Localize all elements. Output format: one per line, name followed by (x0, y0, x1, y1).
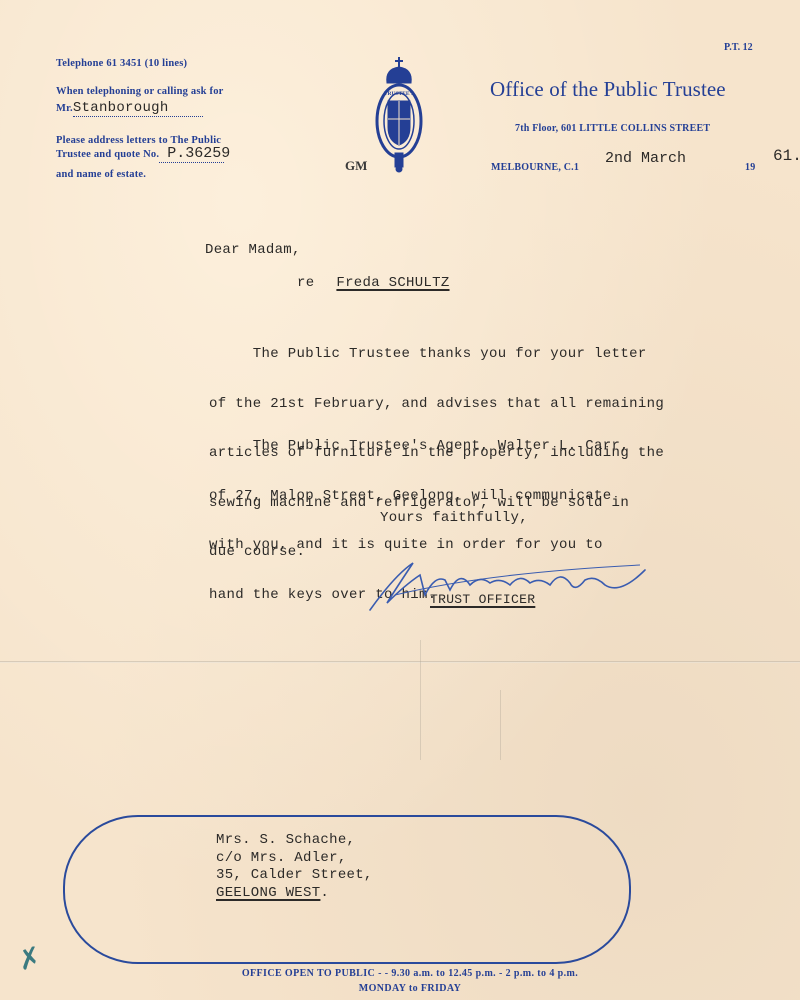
calling-instruction: When telephoning or calling ask for (56, 86, 224, 97)
paragraph-line: of 27, Malop Street, Geelong, will commu… (209, 488, 629, 505)
paragraph-line: The Public Trustee thanks you for your l… (209, 346, 664, 363)
estate-name: Freda SCHULTZ (336, 275, 449, 291)
recipient-city-suffix: . (320, 885, 329, 901)
crest-icon: TRUSTEE'S (373, 55, 425, 173)
re-label: re (297, 275, 314, 291)
date-day-month: 2nd March (605, 150, 686, 167)
quote-label: Trustee and quote No. (56, 149, 159, 160)
telephone-line: Telephone 61 3451 (10 lines) (56, 58, 187, 69)
signature-title: TRUST OFFICER (430, 592, 535, 607)
closing: Yours faithfully, (380, 510, 528, 526)
paper-crease (500, 690, 501, 760)
contact-name-field: Mr.Stanborough (56, 98, 203, 117)
paper-crease (420, 640, 421, 760)
initials: GM (345, 158, 367, 174)
office-title: Office of the Public Trustee (490, 77, 726, 102)
quote-number-field: Trustee and quote No.P.36259 (56, 144, 224, 163)
salutation: Dear Madam, (205, 242, 301, 258)
paper-fold (0, 661, 800, 663)
margin-tick-mark: ✗ (14, 940, 45, 979)
contact-name-value: Stanborough (73, 100, 169, 116)
subject-line: re Freda SCHULTZ (297, 273, 450, 291)
street-address: 7th Floor, 601 LITTLE COLLINS STREET (515, 123, 710, 134)
city: MELBOURNE, C.1 (491, 162, 579, 173)
svg-text:TRUSTEE'S: TRUSTEE'S (384, 91, 414, 97)
quote-number-value: P.36259 (167, 145, 230, 162)
paragraph-line: The Public Trustee's Agent, Walter L. Ca… (209, 438, 629, 455)
recipient-city: GEELONG WEST (216, 885, 320, 901)
form-code: P.T. 12 (724, 42, 753, 53)
year-prefix: 19 (745, 162, 755, 173)
mr-label: Mr. (56, 103, 73, 114)
recipient-city-line: GEELONG WEST. (216, 885, 373, 903)
recipient-street: 35, Calder Street, (216, 867, 373, 885)
date-year: 61. (773, 147, 800, 165)
recipient-name: Mrs. S. Schache, (216, 832, 373, 850)
office-hours: OFFICE OPEN TO PUBLIC - - 9.30 a.m. to 1… (180, 968, 640, 979)
estate-line: and name of estate. (56, 169, 146, 180)
recipient-care-of: c/o Mrs. Adler, (216, 850, 373, 868)
paragraph-line: with you, and it is quite in order for y… (209, 537, 629, 554)
recipient-address: Mrs. S. Schache, c/o Mrs. Adler, 35, Cal… (216, 832, 373, 902)
office-days: MONDAY to FRIDAY (180, 983, 640, 994)
